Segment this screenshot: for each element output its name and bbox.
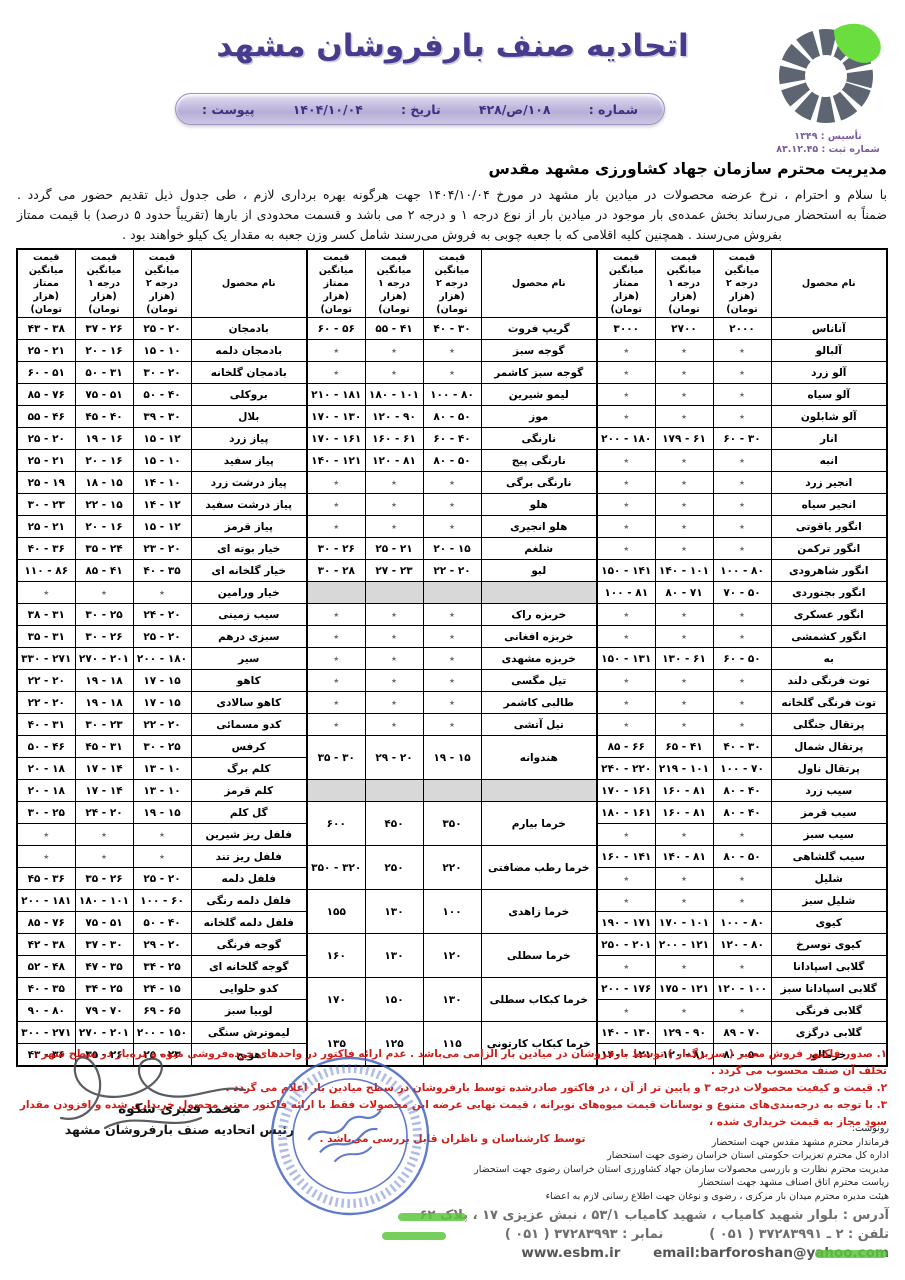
price-cell: ۱۸ - ۱۹ — [75, 692, 133, 714]
price-cell: ۷۰ - ۷۹ — [75, 1000, 133, 1022]
price-cell: ۳۵۰ — [423, 802, 481, 846]
price-cell: ٭ — [423, 626, 481, 648]
price-cell: ٭ — [655, 626, 713, 648]
product-cell: کاهو — [191, 670, 307, 692]
letterhead-page: تأسیس : ۱۳۴۹ شماره ثبت : ۸۳.۱۲.۴۵ اتحادی… — [0, 0, 905, 1280]
price-cell: ٭ — [423, 714, 481, 736]
price-cell: ۵۱ - ۷۵ — [75, 912, 133, 934]
price-cell: ۳۱ - ۴۵ — [75, 736, 133, 758]
price-cell: ٭ — [713, 340, 771, 362]
price-cell: ٭ — [365, 604, 423, 626]
product-cell: انگور کشمشی — [771, 626, 887, 648]
price-cell: ۲۱ - ۲۵ — [17, 516, 75, 538]
price-cell: ۴۰ - ۴۵ — [75, 406, 133, 428]
price-cell: ۱۰۱ - ۱۷۰ — [655, 912, 713, 934]
product-cell: کدو حلوایی — [191, 978, 307, 1000]
price-cell: ۲۰ - ۲۴ — [133, 604, 191, 626]
price-cell: ۱۴۱ - ۱۵۰ — [597, 560, 655, 582]
attachment-label: پیوست : — [202, 102, 255, 117]
price-cell: ۲۳ - ۳۰ — [17, 494, 75, 516]
price-cell: ۱۶۱ - ۱۷۰ — [307, 428, 365, 450]
price-cell: ۱۳۰ — [365, 934, 423, 978]
col-header-price: قیمت میانگیندرجه ۱(هزار تومان) — [75, 249, 133, 318]
price-cell: ۳۱ - ۳۸ — [17, 604, 75, 626]
price-cell: ٭ — [713, 516, 771, 538]
price-cell: ۱۰۰ — [423, 890, 481, 934]
table-row: انجیر زرد٭٭٭نارنگی برگی٭٭٭پیاز درشت زرد۱… — [17, 472, 887, 494]
price-cell: ٭ — [655, 670, 713, 692]
letter-line: ضمناً به استحضار می‌رساند بخش عمده‌ی بار… — [17, 205, 887, 225]
price-cell: ۱۳۱ - ۱۵۰ — [597, 648, 655, 670]
product-cell: گوجه سبز کاشمر — [481, 362, 597, 384]
price-cell: ٭ — [423, 472, 481, 494]
product-cell: پیاز درشت سفید — [191, 494, 307, 516]
price-cell: ۱۸۱ - ۲۱۰ — [307, 384, 365, 406]
product-cell: بلال — [191, 406, 307, 428]
price-cell: ۸۰ - ۱۰۰ — [423, 384, 481, 406]
price-cell: ۱۰۱ - ۱۴۰ — [655, 560, 713, 582]
product-cell: خیار بوته ای — [191, 538, 307, 560]
price-cell: ٭ — [365, 626, 423, 648]
price-cell: ۲۰۰۰ — [713, 318, 771, 340]
price-cell: ۲۵ - ۳۴ — [133, 956, 191, 978]
price-cell: ۲۰ - ۲۵ — [17, 428, 75, 450]
table-row: انبه٭٭٭نارنگی پیج۵۰ - ۸۰۸۱ - ۱۲۰۱۲۱ - ۱۴… — [17, 450, 887, 472]
price-cell: ۲۸ - ۳۰ — [307, 560, 365, 582]
product-cell: فلفل دلمه رنگی — [191, 890, 307, 912]
product-cell: انگور ترکمن — [771, 538, 887, 560]
price-cell: ۱۷۶ - ۲۰۰ — [597, 978, 655, 1000]
price-cell: ٭ — [655, 956, 713, 978]
price-cell: ۲۶ - ۳۵ — [75, 868, 133, 890]
price-cell: ۸۱ - ۱۶۰ — [655, 780, 713, 802]
empty-cell — [365, 780, 423, 802]
price-cell: ۳۰۰۰ — [597, 318, 655, 340]
cc-label: رونوشت: — [289, 1122, 889, 1136]
table-row: سیب قرمز۴۰ - ۸۰۸۱ - ۱۶۰۱۶۱ - ۱۸۰خرما بیا… — [17, 802, 887, 824]
price-cell: ۱۰ - ۱۳ — [133, 758, 191, 780]
product-cell: سیب زرد — [771, 780, 887, 802]
price-cell: ۲۰ - ۲۲ — [17, 692, 75, 714]
price-cell: ۱۰۱ - ۱۸۰ — [365, 384, 423, 406]
price-cell: ٭ — [597, 868, 655, 890]
recipient-heading: مدیریت محترم سازمان جهاد کشاورزی مشهد مق… — [489, 160, 887, 178]
price-cell: ۷۶ - ۸۵ — [17, 384, 75, 406]
contact-block: آدرس : بلوار شهید کامیاب ، شهید کامیاب ۵… — [269, 1206, 889, 1263]
product-cell: خربزه راک — [481, 604, 597, 626]
product-cell: شلیل سبز — [771, 890, 887, 912]
product-cell: نارنگی — [481, 428, 597, 450]
price-cell: ۲۰ - ۲۵ — [133, 868, 191, 890]
price-cell: ۱۵ - ۱۹ — [423, 736, 481, 780]
price-cell: ۱۶ - ۱۹ — [75, 428, 133, 450]
empty-cell — [481, 780, 597, 802]
product-cell: خربزه مشهدی — [481, 648, 597, 670]
table-row: توت فرنگی دلند٭٭٭تیل مگسی٭٭٭کاهو۱۵ - ۱۷۱… — [17, 670, 887, 692]
product-cell: گلابی اسپادانا سبز — [771, 978, 887, 1000]
product-cell: پرتقال ناول — [771, 758, 887, 780]
price-cell: ٭ — [597, 340, 655, 362]
product-cell: کیوی توسرخ — [771, 934, 887, 956]
price-cell: ۸۰ - ۱۰۰ — [713, 560, 771, 582]
page-title: اتحادیه صنف بارفروشان مشهد — [215, 28, 690, 64]
col-header-price: قیمت میانگینممتاز(هزار تومان) — [307, 249, 365, 318]
price-cell: ۲۴ - ۳۵ — [75, 538, 133, 560]
price-cell: ۴۰ - ۵۰ — [133, 912, 191, 934]
product-cell: فلفل دلمه — [191, 868, 307, 890]
product-cell: انگور یاقوتی — [771, 516, 887, 538]
price-cell: ۱۵ - ۲۰ — [423, 538, 481, 560]
price-cell: ٭ — [597, 494, 655, 516]
price-cell: ۴۱ - ۶۵ — [655, 736, 713, 758]
empty-cell — [307, 780, 365, 802]
product-cell: گوجه سبز — [481, 340, 597, 362]
price-cell: ۵۰ - ۸۰ — [423, 450, 481, 472]
price-cell: ٭ — [655, 472, 713, 494]
number-label: شماره : — [589, 102, 638, 117]
price-cell: ۱۵ - ۲۲ — [75, 494, 133, 516]
price-cell: ٭ — [597, 384, 655, 406]
price-cell: ۱۲ - ۱۴ — [133, 494, 191, 516]
price-cell: ۲۰ - ۲۲ — [423, 560, 481, 582]
price-cell: ۱۳۰ - ۱۴۰ — [597, 1022, 655, 1044]
table-row: انگور یاقوتی٭٭٭هلو انجیری٭٭٭پیاز قرمز۱۲ … — [17, 516, 887, 538]
price-cell: ٭ — [713, 362, 771, 384]
price-cell: ٭ — [307, 472, 365, 494]
product-cell: تیل آتشی — [481, 714, 597, 736]
col-header-price: قیمت میانگیندرجه ۱(هزار تومان) — [655, 249, 713, 318]
product-cell: خرما بیارم — [481, 802, 597, 846]
union-logo — [769, 20, 887, 128]
price-cell: ۲۱ - ۲۵ — [17, 340, 75, 362]
col-header-price: قیمت میانگیندرجه ۲(هزار تومان) — [423, 249, 481, 318]
price-cell: ۴۰ - ۶۰ — [423, 428, 481, 450]
price-cell: ٭ — [713, 604, 771, 626]
price-cell: ۴۱ - ۵۵ — [365, 318, 423, 340]
price-cell: ۳۸ - ۴۲ — [17, 934, 75, 956]
phone-number: تلفن : ۲ ـ ۳۷۲۸۳۹۹۱ ( ۰۵۱ ) — [709, 1225, 889, 1244]
product-cell: گریپ فروت — [481, 318, 597, 340]
price-cell: ۱۷۱ - ۱۹۰ — [597, 912, 655, 934]
price-cell: ٭ — [133, 846, 191, 868]
product-cell: انبه — [771, 450, 887, 472]
product-cell: شلیل — [771, 868, 887, 890]
price-cell: ٭ — [597, 406, 655, 428]
price-cell: ۱۲ - ۱۵ — [133, 428, 191, 450]
product-cell: فلفل ریز شیرین — [191, 824, 307, 846]
cc-item: مدیریت محترم نظارت و بازرسی محصولات سازم… — [289, 1163, 889, 1177]
price-cell: ٭ — [597, 670, 655, 692]
price-cell: ٭ — [17, 824, 75, 846]
product-cell: خرما سطلی — [481, 934, 597, 978]
product-cell: لبو — [481, 560, 597, 582]
price-cell: ۶۱ - ۱۷۹ — [655, 428, 713, 450]
price-cell: ۸۱ - ۱۴۰ — [655, 846, 713, 868]
price-cell: ۵۱ - ۶۰ — [17, 362, 75, 384]
price-cell: ۱۵ - ۱۷ — [133, 670, 191, 692]
price-cell: ۸۰ - ۱۰۰ — [713, 912, 771, 934]
letter-line: با سلام و احترام ، نرخ عرضه محصولات در م… — [17, 185, 887, 205]
product-cell: شلغم — [481, 538, 597, 560]
price-cell: ۳۰ - ۴۰ — [423, 318, 481, 340]
price-cell: ٭ — [713, 714, 771, 736]
product-cell: کرفس — [191, 736, 307, 758]
product-cell: کلم برگ — [191, 758, 307, 780]
product-cell: گوجه فرنگی — [191, 934, 307, 956]
product-cell: انگور عسکری — [771, 604, 887, 626]
price-cell: ۲۵ - ۳۰ — [75, 604, 133, 626]
price-cell: ٭ — [307, 670, 365, 692]
price-cell: ۲۰۱ - ۲۵۰ — [597, 934, 655, 956]
price-cell: ٭ — [423, 670, 481, 692]
highlight-mark — [815, 1250, 887, 1258]
col-header-product: نام محصول — [191, 249, 307, 318]
price-cell: ٭ — [655, 692, 713, 714]
product-cell: کاهو سالادی — [191, 692, 307, 714]
price-cell: ۲۰ - ۲۹ — [133, 934, 191, 956]
price-cell: ٭ — [713, 406, 771, 428]
price-cell: ٭ — [133, 824, 191, 846]
price-cell: ۱۸ - ۲۰ — [17, 780, 75, 802]
price-cell: ۱۵۰ — [365, 978, 423, 1022]
price-cell: ۹۰ - ۱۲۹ — [655, 1022, 713, 1044]
price-cell: ۱۶ - ۲۰ — [75, 516, 133, 538]
price-cell: ۱۷۰ — [307, 978, 365, 1022]
price-cell: ٭ — [713, 692, 771, 714]
number-value: ۱۰۸/ص/۴۲۸ — [479, 102, 551, 117]
price-cell: ٭ — [423, 692, 481, 714]
product-cell: خرما کبکاب سطلی — [481, 978, 597, 1022]
union-logo-graphic — [769, 20, 887, 128]
product-cell: کیوی — [771, 912, 887, 934]
table-row: آلو سیاه٭٭٭لیمو شیرین۸۰ - ۱۰۰۱۰۱ - ۱۸۰۱۸… — [17, 384, 887, 406]
product-cell: آلو سیاه — [771, 384, 887, 406]
product-cell: هلو — [481, 494, 597, 516]
price-cell: ۷۰ - ۱۰۰ — [713, 758, 771, 780]
price-cell: ۴۰ - ۵۰ — [133, 384, 191, 406]
price-cell: ٭ — [307, 692, 365, 714]
price-cell: ۹۰ - ۱۲۰ — [365, 406, 423, 428]
price-cell: ٭ — [365, 692, 423, 714]
product-cell: خربزه افغانی — [481, 626, 597, 648]
price-cell: ۳۰ - ۶۰ — [713, 428, 771, 450]
product-cell: هندوانه — [481, 736, 597, 780]
price-cell: ٭ — [597, 956, 655, 978]
price-cell: ٭ — [713, 384, 771, 406]
price-cell: ۱۸۱ - ۲۰۰ — [17, 890, 75, 912]
product-cell: گلابی فرنگی — [771, 1000, 887, 1022]
product-cell: کلم قرمز — [191, 780, 307, 802]
price-cell: ۶۰۰ — [307, 802, 365, 846]
price-cell: ۳۱ - ۳۵ — [17, 626, 75, 648]
date-label: تاریخ : — [401, 102, 441, 117]
price-cell: ٭ — [423, 516, 481, 538]
price-cell: ۶۵ - ۶۹ — [133, 1000, 191, 1022]
table-row: انگور بجنوردی۵۰ - ۷۰۷۱ - ۸۰۸۱ - ۱۰۰خیار … — [17, 582, 887, 604]
price-cell: ٭ — [713, 670, 771, 692]
price-cell: ۱۶ - ۲۰ — [75, 450, 133, 472]
product-cell: سیب زمینی — [191, 604, 307, 626]
price-cell: ٭ — [597, 538, 655, 560]
price-cell: ۲۷۰۰ — [655, 318, 713, 340]
price-cell: ۱۰ - ۱۵ — [133, 340, 191, 362]
price-cell: ٭ — [713, 1000, 771, 1022]
price-cell: ٭ — [365, 714, 423, 736]
price-cell: ۱۴ - ۱۷ — [75, 758, 133, 780]
price-cell: ۱۰۰ - ۱۲۰ — [713, 978, 771, 1000]
table-row: انجیر سیاه٭٭٭هلو٭٭٭پیاز درشت سفید۱۲ - ۱۴… — [17, 494, 887, 516]
table-row: آلبالو٭٭٭گوجه سبز٭٭٭بادمجان دلمه۱۰ - ۱۵۱… — [17, 340, 887, 362]
price-cell: ۲۵۰ — [365, 846, 423, 890]
price-cell: ۳۰ - ۳۷ — [75, 934, 133, 956]
price-cell: ٭ — [655, 362, 713, 384]
price-cell: ۲۰۱ - ۲۷۰ — [75, 648, 133, 670]
price-cell: ٭ — [307, 516, 365, 538]
price-cell: ٭ — [75, 582, 133, 604]
letter-line: بفروش می‌رسند . همچنین کلیه اقلامی که با… — [17, 225, 887, 245]
product-cell: تیل مگسی — [481, 670, 597, 692]
empty-cell — [423, 780, 481, 802]
price-cell: ٭ — [307, 340, 365, 362]
product-cell: آلبالو — [771, 340, 887, 362]
price-cell: ٭ — [655, 538, 713, 560]
reference-pill: شماره : ۱۰۸/ص/۴۲۸ تاریخ : ۱۴۰۴/۱۰/۰۴ پیو… — [175, 93, 665, 125]
empty-cell — [481, 582, 597, 604]
cc-item: هیئت مدیره محترم میدان بار مرکزی ، رضوی … — [289, 1190, 889, 1204]
product-cell: پیاز سفید — [191, 450, 307, 472]
price-cell: ۲۰ - ۳۰ — [133, 362, 191, 384]
price-cell: ٭ — [307, 362, 365, 384]
price-cell: ٭ — [713, 868, 771, 890]
product-cell: پرتقال جنگلی — [771, 714, 887, 736]
price-cell: ٭ — [655, 406, 713, 428]
price-cell: ۶۰ - ۱۰۰ — [133, 890, 191, 912]
table-row: انگور کشمشی٭٭٭خربزه افغانی٭٭٭سبزی درهم۲۰… — [17, 626, 887, 648]
price-cell: ۱۸۰ - ۲۰۰ — [133, 648, 191, 670]
price-cell: ٭ — [655, 604, 713, 626]
price-cell: ۲۰ - ۲۴ — [75, 802, 133, 824]
price-cell: ۸۱ - ۱۰۰ — [597, 582, 655, 604]
price-cell: ۴۶ - ۵۵ — [17, 406, 75, 428]
product-cell: خرما زاهدی — [481, 890, 597, 934]
price-cell: ۲۵ - ۳۰ — [133, 736, 191, 758]
price-cell: ۲۰ - ۲۵ — [133, 318, 191, 340]
price-cell: ٭ — [365, 648, 423, 670]
price-cell: ۴۶ - ۵۰ — [17, 736, 75, 758]
price-cell: ۲۵ - ۳۴ — [75, 978, 133, 1000]
price-cell: ٭ — [75, 824, 133, 846]
price-cell: ۴۸ - ۵۲ — [17, 956, 75, 978]
price-cell: ۱۶۱ - ۱۷۰ — [597, 780, 655, 802]
price-cell: ۱۵ - ۱۸ — [75, 472, 133, 494]
price-cell: ۱۲۱ - ۱۷۵ — [655, 978, 713, 1000]
price-cell: ۲۰ - ۲۹ — [365, 736, 423, 780]
price-cell: ٭ — [597, 450, 655, 472]
price-cell: ۱۰ - ۱۵ — [133, 450, 191, 472]
product-cell: بادمجان دلمه — [191, 340, 307, 362]
product-cell: بروکلی — [191, 384, 307, 406]
price-cell: ٭ — [307, 604, 365, 626]
price-cell: ٭ — [133, 582, 191, 604]
price-cell: ۱۰۱ - ۱۸۰ — [75, 890, 133, 912]
price-cell: ۱۵ - ۱۹ — [133, 802, 191, 824]
phone-line: تلفن : ۲ ـ ۳۷۲۸۳۹۹۱ ( ۰۵۱ ) نمابر : ۳۷۲۸… — [269, 1225, 889, 1244]
price-cell: ۸۱ - ۱۶۰ — [655, 802, 713, 824]
price-cell: ٭ — [655, 516, 713, 538]
price-cell: ۷۱ - ۸۰ — [655, 582, 713, 604]
product-cell: پیاز زرد — [191, 428, 307, 450]
price-cell: ٭ — [597, 714, 655, 736]
price-cell: ۵۰ - ۸۰ — [713, 846, 771, 868]
price-cell: ۲۳ - ۲۷ — [365, 560, 423, 582]
price-cell: ۷۶ - ۸۵ — [17, 912, 75, 934]
product-cell: بادمجان — [191, 318, 307, 340]
product-cell: توت فرنگی دلند — [771, 670, 887, 692]
col-header-product: نام محصول — [771, 249, 887, 318]
price-cell: ٭ — [713, 472, 771, 494]
price-cell: ۳۱ - ۴۰ — [17, 714, 75, 736]
product-cell: بادمجان گلخانه — [191, 362, 307, 384]
website-url: www.esbm.ir — [521, 1245, 620, 1261]
price-cell: ۱۲ - ۱۵ — [133, 516, 191, 538]
registration-label: شماره ثبت : ۸۳.۱۲.۴۵ — [757, 143, 899, 156]
price-cell: ٭ — [307, 626, 365, 648]
product-cell: طالبی کاشمر — [481, 692, 597, 714]
price-cell: ۱۰ - ۱۳ — [133, 780, 191, 802]
highlight-mark — [398, 1213, 466, 1221]
price-cell: ۶۶ - ۸۵ — [597, 736, 655, 758]
product-cell: گلابی اسپادانا — [771, 956, 887, 978]
table-row: انگور شاهرودی۸۰ - ۱۰۰۱۰۱ - ۱۴۰۱۴۱ - ۱۵۰ل… — [17, 560, 887, 582]
price-cell: ٭ — [655, 494, 713, 516]
price-cell: ٭ — [365, 670, 423, 692]
price-table: نام محصولقیمت میانگیندرجه ۲(هزار تومان)ق… — [16, 248, 888, 1067]
product-cell: لوبیا سبز — [191, 1000, 307, 1022]
table-row: سیب گلشاهی۵۰ - ۸۰۸۱ - ۱۴۰۱۴۱ - ۱۶۰خرما ر… — [17, 846, 887, 868]
price-cell: ۱۸ - ۱۹ — [75, 670, 133, 692]
price-cell: ٭ — [655, 824, 713, 846]
product-cell: گل کلم — [191, 802, 307, 824]
col-header-price: قیمت میانگینممتاز(هزار تومان) — [597, 249, 655, 318]
price-cell: ۱۳۰ — [365, 890, 423, 934]
product-cell: کدو مسمائی — [191, 714, 307, 736]
price-cell: ۸۱ - ۱۲۰ — [365, 450, 423, 472]
price-cell: ٭ — [423, 604, 481, 626]
fax-number: نمابر : ۳۷۲۸۳۹۹۳ ( ۰۵۱ ) — [505, 1225, 663, 1244]
price-cell: ٭ — [597, 472, 655, 494]
price-cell: ۲۲۰ — [423, 846, 481, 890]
price-cell: ٭ — [655, 1000, 713, 1022]
price-cell: ٭ — [423, 648, 481, 670]
price-cell: ٭ — [655, 450, 713, 472]
price-cell: ۲۰ - ۲۲ — [17, 670, 75, 692]
price-cell: ۵۶ - ۶۰ — [307, 318, 365, 340]
table-row: آلو شابلون٭٭٭موز۵۰ - ۸۰۹۰ - ۱۲۰۱۳۰ - ۱۷۰… — [17, 406, 887, 428]
price-cell: ۱۶۱ - ۱۸۰ — [597, 802, 655, 824]
product-cell: فلفل دلمه گلخانه — [191, 912, 307, 934]
price-cell: ٭ — [17, 582, 75, 604]
price-cell: ٭ — [597, 692, 655, 714]
price-cell: ۱۳۰ — [423, 978, 481, 1022]
product-cell: هلو انجیری — [481, 516, 597, 538]
product-cell: آلو زرد — [771, 362, 887, 384]
empty-cell — [423, 582, 481, 604]
price-cell: ۴۰ - ۸۰ — [713, 802, 771, 824]
price-cell: ۱۲۰ — [423, 934, 481, 978]
price-cell: ۳۰ - ۳۵ — [307, 736, 365, 780]
table-row: انار۳۰ - ۶۰۶۱ - ۱۷۹۱۸۰ - ۲۰۰نارنگی۴۰ - ۶… — [17, 428, 887, 450]
price-cell: ۳۲۰ - ۳۵۰ — [307, 846, 365, 890]
